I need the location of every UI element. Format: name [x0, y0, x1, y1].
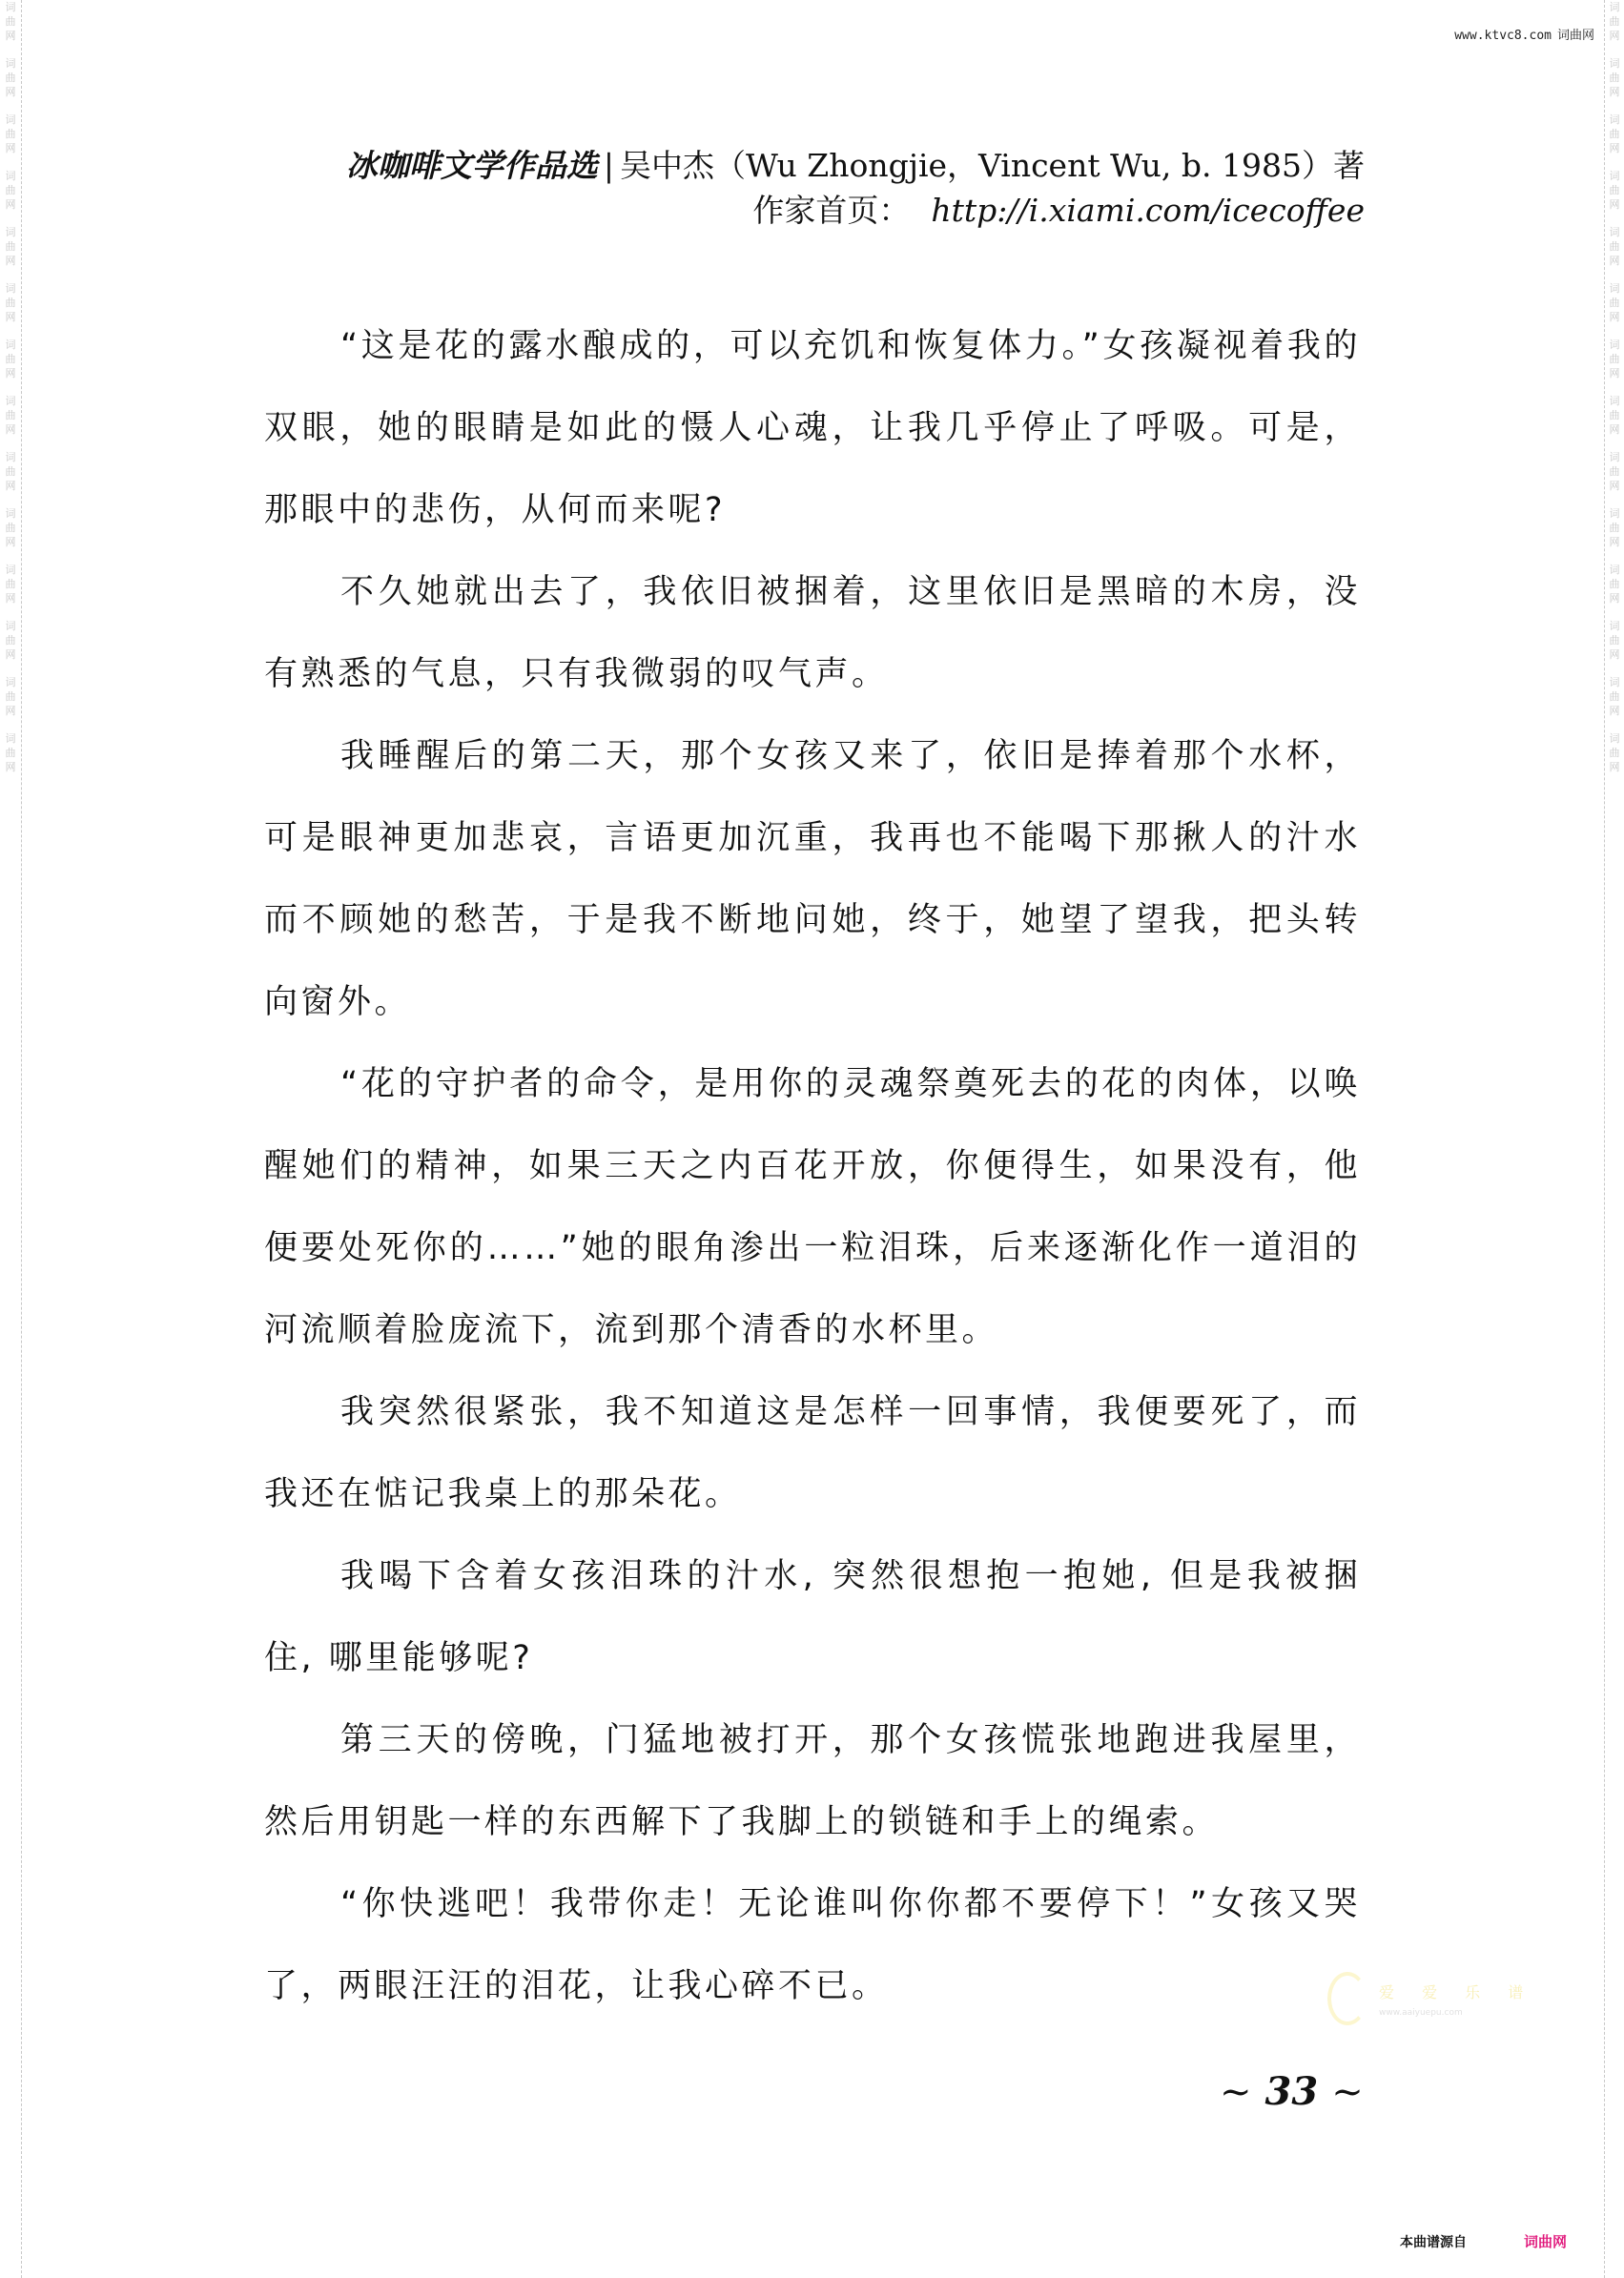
watermark-char: 网 — [6, 197, 16, 212]
tilde-right: ~ — [1331, 2070, 1364, 2114]
site-tag: www.ktvc8.com词曲网 — [1454, 25, 1594, 43]
watermark-char: 词 — [1610, 225, 1620, 239]
watermark-char: 网 — [6, 422, 16, 437]
watermark-char: 网 — [6, 254, 16, 268]
watermark-char: 曲 — [1610, 464, 1620, 479]
watermark-char: 词 — [1610, 394, 1620, 408]
watermark-char: 曲 — [1610, 183, 1620, 197]
watermark-char: 词 — [6, 731, 16, 746]
watermark-char: 词 — [1610, 113, 1620, 127]
article-body: “这是花的露水酿成的，可以充饥和恢复体力。”女孩凝视着我的双眼，她的眼睛是如此的… — [264, 305, 1361, 2027]
watermark-group: 词曲网 — [6, 731, 16, 774]
watermark-char: 网 — [6, 141, 16, 155]
watermark-char: 曲 — [6, 352, 16, 366]
title-line: 冰咖啡文学作品选|吴中杰（Wu Zhongjie，Vincent Wu, b. … — [346, 143, 1365, 188]
watermark-char: 词 — [1610, 675, 1620, 689]
watermark-char: 网 — [6, 591, 16, 605]
title-separator: | — [604, 147, 614, 184]
watermark-char: 曲 — [1610, 127, 1620, 141]
page-number: ~33~ — [1206, 2069, 1377, 2114]
watermark-group: 词曲网 — [1610, 281, 1620, 324]
source-label: 本曲谱源自 — [1400, 2235, 1467, 2250]
watermark-group: 词曲网 — [6, 56, 16, 99]
watermark-char: 曲 — [6, 577, 16, 591]
watermark-group: 词曲网 — [6, 281, 16, 324]
watermark-char: 网 — [1610, 535, 1620, 549]
watermark-char: 词 — [6, 506, 16, 521]
paragraph: 第三天的傍晚，门猛地被打开，那个女孩慌张地跑进我屋里，然后用钥匙一样的东西解下了… — [264, 1699, 1361, 1863]
watermark-char: 词 — [6, 675, 16, 689]
watermark-char: 网 — [6, 647, 16, 662]
watermark-char: 词 — [1610, 56, 1620, 71]
paragraph: “你快逃吧！我带你走！无论谁叫你你都不要停下！”女孩又哭了，两眼汪汪的泪花，让我… — [264, 1863, 1361, 2027]
watermark-group: 词曲网 — [1610, 675, 1620, 718]
watermark-char: 曲 — [6, 689, 16, 704]
watermark-char: 曲 — [6, 633, 16, 647]
watermark-char: 网 — [6, 85, 16, 99]
watermark-group: 词曲网 — [6, 675, 16, 718]
paragraph: 我突然很紧张，我不知道这是怎样一回事情，我便要死了，而我还在惦记我桌上的那朵花。 — [264, 1371, 1361, 1535]
watermark-char: 词 — [1610, 731, 1620, 746]
watermark-char: 词 — [6, 225, 16, 239]
watermark-group: 词曲网 — [1610, 0, 1620, 43]
watermark-char: 网 — [1610, 760, 1620, 774]
watermark-group: 词曲网 — [6, 619, 16, 662]
watermark-char: 词 — [1610, 619, 1620, 633]
watermark-group: 词曲网 — [6, 338, 16, 380]
watermark-char: 网 — [1610, 647, 1620, 662]
watermark-group: 词曲网 — [6, 450, 16, 493]
watermark-char: 曲 — [1610, 521, 1620, 535]
watermark-char: 词 — [6, 56, 16, 71]
watermark-group: 词曲网 — [6, 113, 16, 155]
watermark-char: 网 — [6, 366, 16, 380]
watermark-group: 词曲网 — [1610, 56, 1620, 99]
watermark-char: 曲 — [6, 71, 16, 85]
watermark-char: 词 — [1610, 281, 1620, 296]
watermark-char: 曲 — [6, 296, 16, 310]
logo-watermark-text: 爱 爱 乐 谱 — [1379, 1980, 1534, 2002]
watermark-char: 网 — [1610, 141, 1620, 155]
watermark-char: 网 — [1610, 479, 1620, 493]
watermark-char: 曲 — [1610, 746, 1620, 760]
watermark-group: 词曲网 — [6, 225, 16, 268]
watermark-char: 曲 — [6, 14, 16, 29]
watermark-char: 词 — [6, 169, 16, 183]
site-name: 词曲网 — [1557, 29, 1594, 43]
watermark-char: 曲 — [6, 183, 16, 197]
watermark-char: 网 — [1610, 310, 1620, 324]
watermark-char: 曲 — [1610, 14, 1620, 29]
watermark-char: 曲 — [1610, 633, 1620, 647]
watermark-group: 词曲网 — [1610, 394, 1620, 437]
source-brand-link[interactable]: 词曲网 — [1524, 2233, 1567, 2250]
watermark-char: 词 — [6, 0, 16, 14]
watermark-char: 词 — [1610, 450, 1620, 464]
right-watermark-strip: 词曲网词曲网词曲网词曲网词曲网词曲网词曲网词曲网词曲网词曲网词曲网词曲网词曲网词… — [1604, 0, 1624, 2278]
watermark-char: 网 — [1610, 704, 1620, 718]
watermark-char: 网 — [6, 29, 16, 43]
watermark-group: 词曲网 — [1610, 563, 1620, 605]
paragraph: 我喝下含着女孩泪珠的汁水, 突然很想抱一抱她, 但是我被捆住, 哪里能够呢? — [264, 1535, 1361, 1699]
watermark-char: 词 — [6, 113, 16, 127]
watermark-group: 词曲网 — [1610, 450, 1620, 493]
watermark-char: 曲 — [1610, 577, 1620, 591]
watermark-group: 词曲网 — [6, 563, 16, 605]
watermark-char: 词 — [1610, 169, 1620, 183]
watermark-char: 曲 — [1610, 689, 1620, 704]
watermark-char: 曲 — [1610, 296, 1620, 310]
watermark-group: 词曲网 — [1610, 225, 1620, 268]
watermark-char: 词 — [6, 450, 16, 464]
watermark-char: 曲 — [1610, 71, 1620, 85]
watermark-char: 曲 — [6, 464, 16, 479]
homepage-link[interactable]: http://i.xiami.com/icecoffee — [931, 192, 1365, 229]
author-credit: 吴中杰（Wu Zhongjie，Vincent Wu, b. 1985）著 — [620, 147, 1365, 184]
watermark-group: 词曲网 — [1610, 169, 1620, 212]
watermark-char: 网 — [6, 760, 16, 774]
watermark-char: 网 — [1610, 422, 1620, 437]
watermark-group: 词曲网 — [6, 394, 16, 437]
watermark-char: 网 — [1610, 366, 1620, 380]
watermark-char: 词 — [1610, 563, 1620, 577]
footer-source: 本曲谱源自词曲网 — [1400, 2231, 1567, 2251]
site-url: www.ktvc8.com — [1454, 29, 1552, 43]
paragraph: “花的守护者的命令，是用你的灵魂祭奠死去的花的肉体，以唤醒她们的精神，如果三天之… — [264, 1043, 1361, 1371]
document-header: 冰咖啡文学作品选|吴中杰（Wu Zhongjie，Vincent Wu, b. … — [346, 143, 1365, 233]
watermark-group: 词曲网 — [6, 506, 16, 549]
logo-ring-icon — [1327, 1972, 1367, 2025]
watermark-group: 词曲网 — [1610, 619, 1620, 662]
watermark-char: 网 — [1610, 591, 1620, 605]
watermark-char: 词 — [6, 619, 16, 633]
watermark-char: 网 — [6, 479, 16, 493]
watermark-char: 网 — [1610, 197, 1620, 212]
logo-watermark-url: www.aaiyuepu.com — [1379, 2008, 1534, 2018]
homepage-label: 作家首页： — [752, 192, 910, 229]
watermark-char: 曲 — [6, 746, 16, 760]
left-watermark-strip: 词曲网词曲网词曲网词曲网词曲网词曲网词曲网词曲网词曲网词曲网词曲网词曲网词曲网词… — [0, 0, 22, 2278]
watermark-char: 网 — [1610, 29, 1620, 43]
paragraph: 我睡醒后的第二天，那个女孩又来了，依旧是捧着那个水杯，可是眼神更加悲哀，言语更加… — [264, 715, 1361, 1043]
series-title: 冰咖啡文学作品选 — [346, 147, 598, 184]
watermark-group: 词曲网 — [1610, 731, 1620, 774]
paragraph: “这是花的露水酿成的，可以充饥和恢复体力。”女孩凝视着我的双眼，她的眼睛是如此的… — [264, 305, 1361, 551]
watermark-char: 曲 — [1610, 408, 1620, 422]
watermark-group: 词曲网 — [1610, 113, 1620, 155]
watermark-group: 词曲网 — [1610, 506, 1620, 549]
watermark-char: 网 — [6, 704, 16, 718]
tilde-left: ~ — [1220, 2070, 1252, 2114]
homepage-line: 作家首页：http://i.xiami.com/icecoffee — [346, 188, 1365, 233]
page-number-value: 33 — [1265, 2069, 1319, 2114]
watermark-char: 曲 — [1610, 352, 1620, 366]
watermark-char: 词 — [1610, 338, 1620, 352]
watermark-char: 曲 — [6, 239, 16, 254]
watermark-group: 词曲网 — [6, 169, 16, 212]
watermark-char: 词 — [1610, 506, 1620, 521]
watermark-char: 词 — [6, 394, 16, 408]
watermark-char: 曲 — [6, 408, 16, 422]
watermark-char: 词 — [1610, 0, 1620, 14]
watermark-char: 网 — [1610, 85, 1620, 99]
watermark-group: 词曲网 — [6, 0, 16, 43]
watermark-char: 网 — [1610, 254, 1620, 268]
logo-watermark: 爱 爱 乐 谱 www.aaiyuepu.com — [1327, 1972, 1534, 2025]
watermark-char: 词 — [6, 563, 16, 577]
watermark-group: 词曲网 — [1610, 338, 1620, 380]
watermark-char: 词 — [6, 281, 16, 296]
watermark-char: 网 — [6, 535, 16, 549]
watermark-char: 曲 — [6, 127, 16, 141]
watermark-char: 词 — [6, 338, 16, 352]
paragraph: 不久她就出去了，我依旧被捆着，这里依旧是黑暗的木房，没有熟悉的气息，只有我微弱的… — [264, 551, 1361, 715]
watermark-char: 网 — [6, 310, 16, 324]
watermark-char: 曲 — [6, 521, 16, 535]
watermark-char: 曲 — [1610, 239, 1620, 254]
